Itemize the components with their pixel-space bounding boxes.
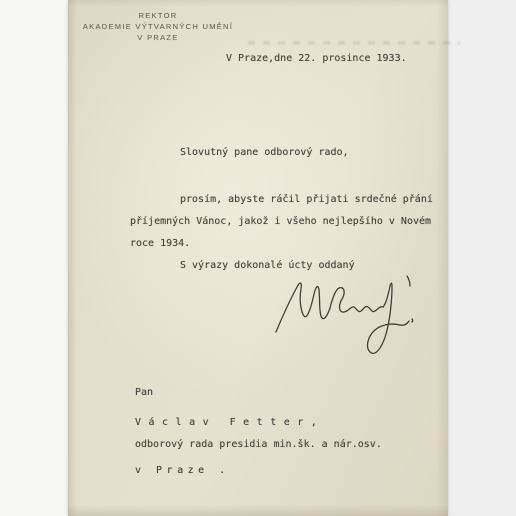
signature-dot	[412, 319, 413, 322]
letterhead: REKTOR AKADEMIE VÝTVARNÝCH UMĚNÍ V PRAZE	[78, 10, 238, 43]
body-line-3: roce 1934.	[130, 237, 190, 250]
letterhead-institution: AKADEMIE VÝTVARNÝCH UMĚNÍ	[78, 21, 238, 32]
letter-paper: REKTOR AKADEMIE VÝTVARNÝCH UMĚNÍ V PRAZE…	[68, 0, 448, 516]
erased-typewriter-marks	[248, 41, 460, 45]
recipient-city: v Praze .	[135, 464, 230, 477]
photo-background: REKTOR AKADEMIE VÝTVARNÝCH UMĚNÍ V PRAZE…	[0, 0, 516, 516]
letterhead-office: REKTOR	[78, 10, 238, 21]
body-line-1: prosím, abyste ráčil přijati srdečné přá…	[180, 193, 433, 206]
salutation: Slovutný pane odborový rado,	[180, 146, 349, 159]
recipient-salutation: Pan	[135, 386, 153, 399]
recipient-title: odborový rada presidia min.šk. a nár.osv…	[135, 438, 382, 451]
signature-accent-stroke	[407, 276, 410, 286]
body-line-2: příjemných Vánoc, jakož i všeho nejlepší…	[130, 215, 431, 228]
recipient-name: Václav Fetter,	[135, 416, 324, 429]
signature-stroke	[276, 283, 409, 353]
letterhead-city: V PRAZE	[78, 32, 238, 43]
signature-autograph	[268, 270, 433, 362]
date-line: V Praze,dne 22. prosince 1933.	[226, 52, 407, 65]
